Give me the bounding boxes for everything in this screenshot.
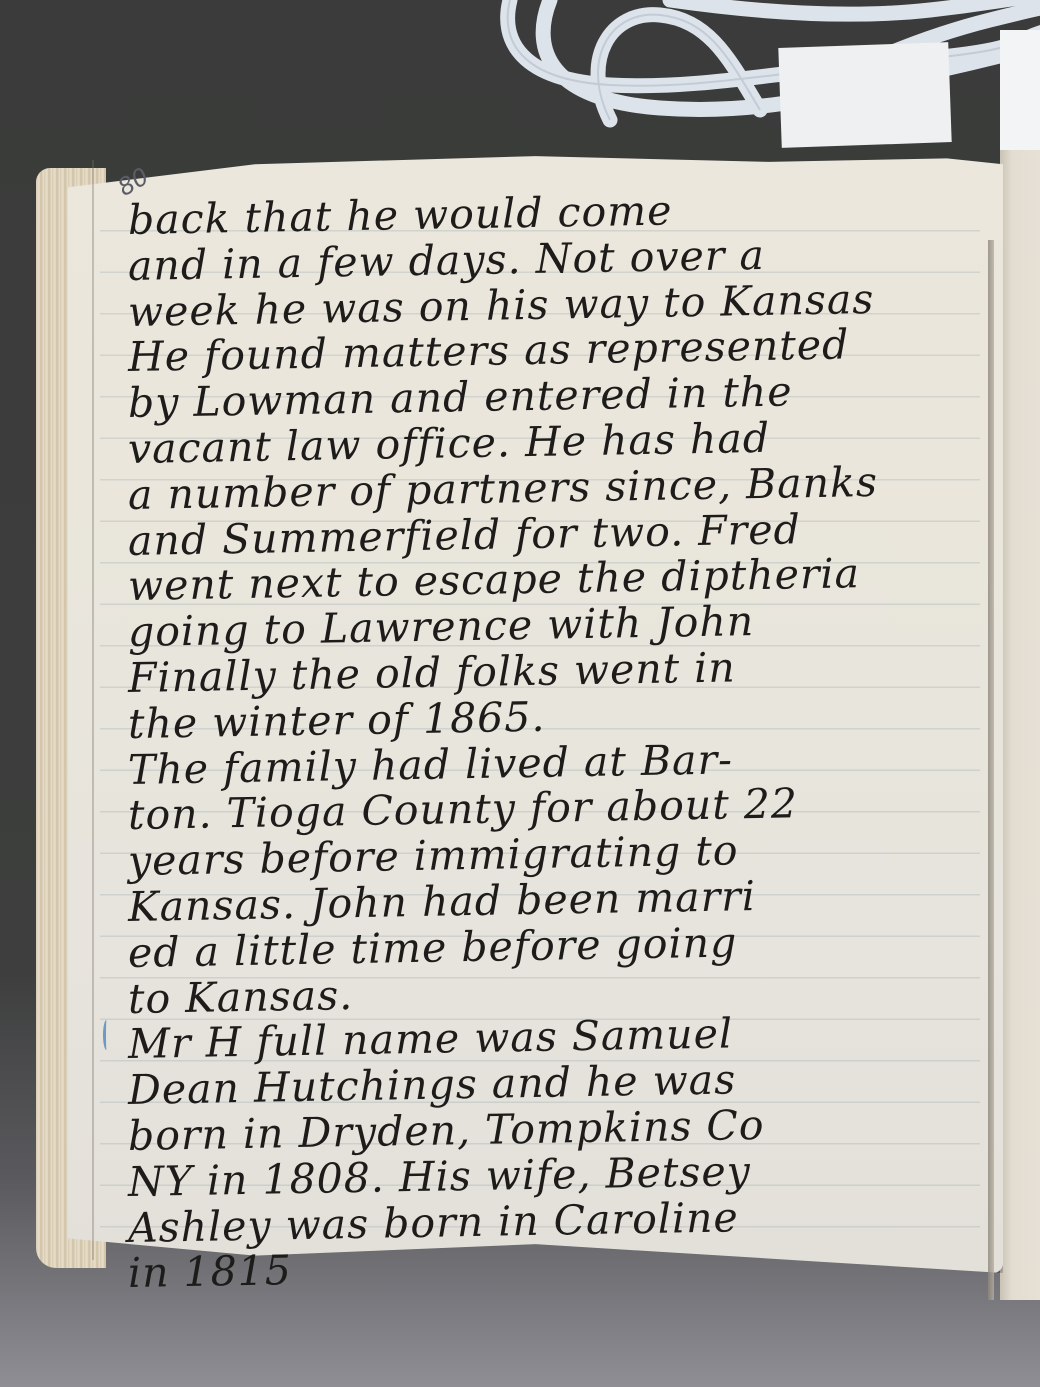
cord-bundle	[490, 0, 1040, 130]
handwritten-text: back that he would come and in a few day…	[128, 198, 988, 1297]
blue-ink-mark	[103, 1020, 110, 1050]
page-margin-line	[92, 160, 94, 1260]
binding-gutter	[988, 240, 994, 1300]
label-card	[778, 42, 951, 148]
label-card-edge	[1000, 30, 1040, 170]
facing-page	[1000, 150, 1040, 1300]
